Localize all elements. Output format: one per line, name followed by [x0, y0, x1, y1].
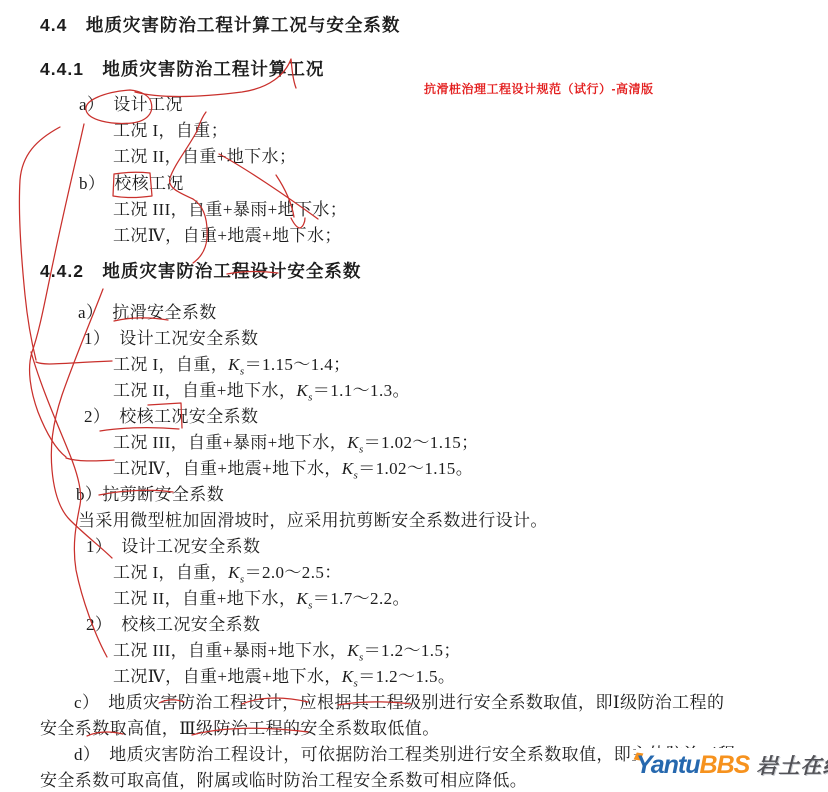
text-line: a） 抗滑安全系数 [78, 303, 217, 322]
text-line: 1） 设计工况安全系数 [86, 537, 260, 556]
edition-note: 抗滑桩治理工程设计规范（试行）-高清版 [424, 80, 654, 97]
text-line: 2） 校核工况安全系数 [86, 615, 260, 634]
text-line: 工况 III，自重+暴雨+地下水，Ks＝1.02～1.15； [113, 433, 479, 459]
text-line: 2） 校核工况安全系数 [84, 407, 258, 426]
text-line: 4.4.1 地质灾害防治工程计算工况 [40, 60, 324, 79]
watermark-cn-label: 岩土在线 [756, 750, 828, 780]
text-line: 工况 II，自重+地下水，Ks＝1.1～1.3。 [113, 381, 410, 407]
red-annotation-stroke [19, 127, 60, 360]
text-line: 当采用微型桩加固滑坡时，应采用抗剪断安全系数进行设计。 [78, 511, 548, 530]
text-line: 1） 设计工况安全系数 [84, 329, 258, 348]
watermark-yantu: Yantu [636, 751, 700, 780]
text-line: 工况 I，自重，Ks＝1.15～1.4； [113, 355, 351, 381]
text-line: 工况 II，自重+地下水，Ks＝1.7～2.2。 [113, 589, 410, 615]
document-page: 抗滑桩治理工程设计规范（试行）-高清版 4.4 地质灾害防治工程计算工况与安全系… [0, 0, 828, 792]
text-line: 安全系数取高值，Ⅲ级防治工程的安全系数取低值。 [40, 719, 440, 738]
text-line: 工况 I，自重； [113, 121, 228, 140]
text-line: b）抗剪断安全系数 [76, 485, 224, 504]
text-line: 工况 III，自重+暴雨+地下水，Ks＝1.2～1.5； [113, 641, 461, 667]
watermark-bbs: BBS [700, 751, 750, 780]
text-line: 工况 III，自重+暴雨+地下水； [113, 200, 347, 219]
red-annotation-stroke [36, 361, 112, 364]
text-line: c） 地质灾害防治工程设计，应根据其工程级别进行安全系数取值，即Ⅰ级防治工程的 [74, 693, 724, 712]
red-annotation-stroke [66, 458, 114, 461]
text-line: 4.4.2 地质灾害防治工程设计安全系数 [40, 262, 361, 281]
text-line: a） 设计工况 [79, 95, 183, 114]
text-line: 4.4 地质灾害防治工程计算工况与安全系数 [40, 16, 400, 35]
text-line: 安全系数可取高值，附属或临时防治工程安全系数可相应降低。 [40, 771, 527, 790]
red-annotation-stroke [100, 428, 179, 431]
text-line: 工况Ⅳ，自重+地震+地下水； [113, 226, 342, 245]
yantubbs-watermark: YantuBBS岩土在线 [636, 748, 828, 782]
red-annotation-stroke [30, 124, 84, 457]
red-annotation-stroke [31, 352, 107, 657]
text-line: 工况 II，自重+地下水； [113, 147, 296, 166]
watermark-flame-icon [634, 752, 644, 760]
text-line: 工况Ⅳ，自重+地震+地下水，Ks＝1.2～1.5。 [113, 667, 455, 693]
text-line: 工况 I，自重，Ks＝2.0～2.5： [113, 563, 342, 589]
text-line: 工况Ⅳ，自重+地震+地下水，Ks＝1.02～1.15。 [113, 459, 473, 485]
text-line: b） 校核工况 [79, 174, 184, 193]
